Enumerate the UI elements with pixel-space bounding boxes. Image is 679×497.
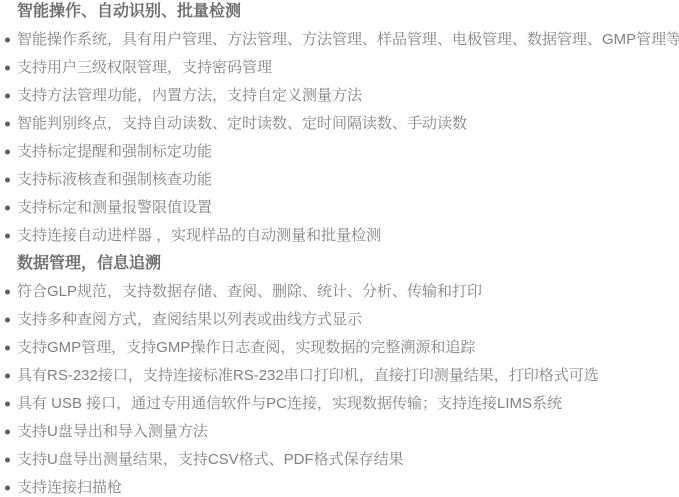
list-item: 具有 USB 接口，通过专用通信软件与PC连接，实现数据传输；支持连接LIMS系… — [0, 390, 679, 418]
bullet-text: 支持标液核查和强制核查功能 — [17, 166, 212, 194]
list-item: 支持连接扫描枪 — [0, 474, 679, 495]
bullet-text: 支持方法管理功能，内置方法，支持自定义测量方法 — [17, 82, 362, 110]
bullet-list: 符合GLP规范，支持数据存储、查阅、删除、统计、分析、传输和打印 支持多种查阅方… — [0, 278, 679, 495]
bullet-icon — [5, 290, 10, 295]
list-item: 符合GLP规范，支持数据存储、查阅、删除、统计、分析、传输和打印 — [0, 278, 679, 306]
bullet-text: 支持标定和测量报警限值设置 — [17, 194, 212, 222]
bullet-icon — [5, 178, 10, 183]
bullet-icon — [5, 458, 10, 463]
bullet-icon — [5, 66, 10, 71]
bullet-icon — [5, 402, 10, 407]
bullet-text: 具有 USB 接口，通过专用通信软件与PC连接，实现数据传输；支持连接LIMS系… — [17, 390, 562, 418]
list-item: 支持用户三级权限管理，支持密码管理 — [0, 54, 679, 82]
bullet-text: 支持U盘导出和导入测量方法 — [17, 418, 208, 446]
bullet-icon — [5, 38, 10, 43]
bullet-icon — [5, 150, 10, 155]
list-item: 支持GMP管理，支持GMP操作日志查阅，实现数据的完整溯源和追踪 — [0, 334, 679, 362]
section-heading: 智能操作、自动识别、批量检测 — [17, 0, 679, 26]
list-item: 支持方法管理功能，内置方法，支持自定义测量方法 — [0, 82, 679, 110]
bullet-text: 支持连接自动进样器 ，实现样品的自动测量和批量检测 — [17, 222, 381, 250]
list-item: 支持多种查阅方式，查阅结果以列表或曲线方式显示 — [0, 306, 679, 334]
bullet-icon — [5, 94, 10, 99]
bullet-text: 支持用户三级权限管理，支持密码管理 — [17, 54, 272, 82]
section-smart-operation: 智能操作、自动识别、批量检测 智能操作系统，具有用户管理、方法管理、方法管理、样… — [0, 0, 679, 250]
bullet-icon — [5, 122, 10, 127]
bullet-icon — [5, 318, 10, 323]
section-heading: 数据管理，信息追溯 — [17, 250, 679, 278]
bullet-text: 支持标定提醒和强制标定功能 — [17, 138, 212, 166]
bullet-icon — [5, 374, 10, 379]
list-item: 智能判别终点，支持自动读数、定时读数、定时间隔读数、手动读数 — [0, 110, 679, 138]
bullet-text: 具有RS-232接口，支持连接标准RS-232串口打印机，直接打印测量结果，打印… — [17, 362, 599, 390]
bullet-icon — [5, 486, 10, 491]
bullet-list: 智能操作系统，具有用户管理、方法管理、方法管理、样品管理、电极管理、数据管理、G… — [0, 26, 679, 250]
bullet-text: 支持U盘导出测量结果，支持CSV格式、PDF格式保存结果 — [17, 446, 404, 474]
bullet-icon — [5, 346, 10, 351]
bullet-text: 智能判别终点，支持自动读数、定时读数、定时间隔读数、手动读数 — [17, 110, 467, 138]
section-data-management: 数据管理，信息追溯 符合GLP规范，支持数据存储、查阅、删除、统计、分析、传输和… — [0, 250, 679, 495]
bullet-text: 支持多种查阅方式，查阅结果以列表或曲线方式显示 — [17, 306, 362, 334]
list-item: 支持标液核查和强制核查功能 — [0, 166, 679, 194]
bullet-icon — [5, 430, 10, 435]
bullet-text: 符合GLP规范，支持数据存储、查阅、删除、统计、分析、传输和打印 — [17, 278, 482, 306]
list-item: 智能操作系统，具有用户管理、方法管理、方法管理、样品管理、电极管理、数据管理、G… — [0, 26, 679, 54]
list-item: 支持连接自动进样器 ，实现样品的自动测量和批量检测 — [0, 222, 679, 250]
bullet-icon — [5, 206, 10, 211]
bullet-text: 支持连接扫描枪 — [17, 474, 122, 495]
feature-document: 智能操作、自动识别、批量检测 智能操作系统，具有用户管理、方法管理、方法管理、样… — [0, 0, 679, 495]
bullet-text: 智能操作系统，具有用户管理、方法管理、方法管理、样品管理、电极管理、数据管理、G… — [17, 26, 679, 54]
bullet-icon — [5, 234, 10, 239]
list-item: 支持U盘导出和导入测量方法 — [0, 418, 679, 446]
list-item: 支持U盘导出测量结果，支持CSV格式、PDF格式保存结果 — [0, 446, 679, 474]
list-item: 支持标定和测量报警限值设置 — [0, 194, 679, 222]
bullet-text: 支持GMP管理，支持GMP操作日志查阅，实现数据的完整溯源和追踪 — [17, 334, 475, 362]
list-item: 具有RS-232接口，支持连接标准RS-232串口打印机，直接打印测量结果，打印… — [0, 362, 679, 390]
list-item: 支持标定提醒和强制标定功能 — [0, 138, 679, 166]
